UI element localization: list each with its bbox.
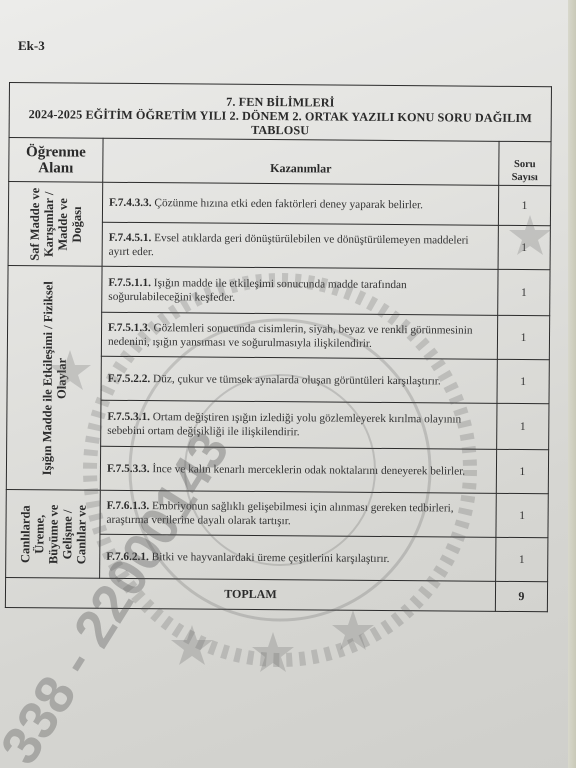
- header-count-line-2: Sayısı: [499, 170, 550, 183]
- table-row: Saf Madde ve Karışımlar / Madde ve Doğas…: [8, 182, 550, 226]
- outcome-text: Çözünme hızına etki eden faktörleri dene…: [154, 197, 423, 211]
- question-count: 1: [496, 537, 548, 581]
- outcome-cell: F.7.6.2.1. Bitki ve hayvanlardaki üreme …: [100, 534, 496, 581]
- header-question-count: Soru Sayısı: [499, 141, 551, 185]
- outcome-text: Işığın madde ile etkileşimi sonucunda ma…: [108, 277, 406, 304]
- question-count: 1: [497, 359, 549, 403]
- question-count: 1: [496, 493, 548, 537]
- learning-area-label: Canlılarda Üreme, Büyüme ve Gelişme / Ca…: [18, 504, 88, 564]
- outcome-code: F.7.4.3.3.: [109, 196, 152, 208]
- outcome-code: F.7.5.2.2.: [108, 372, 151, 384]
- distribution-table-sheet: 7. FEN BİLİMLERİ 2024-2025 EĞİTİM ÖĞRETİ…: [5, 82, 552, 612]
- question-count: 1: [496, 449, 548, 493]
- outcome-cell: F.7.6.1.3. Embriyonun sağlıklı gelişebil…: [100, 490, 496, 537]
- table-row: Işığın Madde ile Etkileşimi / Fiziksel O…: [8, 265, 550, 315]
- header-count-line-1: Soru: [499, 157, 550, 170]
- outcome-cell: F.7.5.3.3. İnce ve kalın kenarlı mercekl…: [100, 446, 496, 493]
- page-edge: [568, 0, 576, 768]
- table-row: Canlılarda Üreme, Büyüme ve Gelişme / Ca…: [6, 489, 548, 537]
- learning-area-label: Saf Madde ve Karışımlar / Madde ve Doğas…: [27, 187, 84, 260]
- outcome-text: Düz, çukur ve tümsek aynalarda oluşan gö…: [153, 373, 441, 387]
- outcome-code: F.7.5.1.3.: [108, 321, 151, 333]
- outcome-code: F.7.5.3.1.: [107, 410, 150, 422]
- outcome-text: Ortam değiştiren ışığın izlediği yolu gö…: [107, 411, 461, 438]
- annex-label: Ek-3: [18, 38, 45, 54]
- outcome-text: İnce ve kalın kenarlı merceklerin odak n…: [152, 463, 465, 477]
- total-row: TOPLAM 9: [5, 577, 547, 611]
- table-title: 7. FEN BİLİMLERİ 2024-2025 EĞİTİM ÖĞRETİ…: [9, 83, 551, 142]
- outcome-cell: F.7.5.2.2. Düz, çukur ve tümsek aynalard…: [101, 356, 497, 403]
- outcome-cell: F.7.4.3.3. Çözünme hızına etki eden fakt…: [102, 182, 498, 225]
- outcome-cell: F.7.5.1.3. Gözlemleri sonucunda cisimler…: [101, 312, 497, 359]
- outcome-text: Evsel atıklarda geri dönüştürülebilen ve…: [109, 232, 469, 258]
- outcome-text: Gözlemleri sonucunda cisimlerin, siyah, …: [108, 322, 473, 350]
- question-count: 1: [497, 315, 549, 359]
- topic-question-distribution-table: 7. FEN BİLİMLERİ 2024-2025 EĞİTİM ÖĞRETİ…: [5, 82, 552, 612]
- outcome-text: Bitki ve hayvanlardaki üreme çeşitlerini…: [152, 551, 390, 565]
- outcome-cell: F.7.5.3.1. Ortam değiştiren ışığın izled…: [101, 400, 497, 449]
- outcome-code: F.7.4.5.1.: [109, 231, 152, 243]
- header-outcomes: Kazanımlar: [103, 138, 499, 185]
- learning-area-cell: Saf Madde ve Karışımlar / Madde ve Doğas…: [8, 182, 103, 267]
- outcome-text: Embriyonun sağlıklı gelişebilmesi için a…: [107, 500, 454, 527]
- total-label: TOPLAM: [5, 577, 495, 611]
- learning-area-label: Işığın Madde ile Etkileşimi / Fiziksel O…: [39, 281, 69, 475]
- question-count: 1: [497, 403, 549, 449]
- outcome-code: F.7.5.3.3.: [107, 462, 150, 474]
- outcome-code: F.7.5.1.1.: [108, 276, 151, 288]
- question-count: 1: [498, 225, 550, 269]
- question-count: 1: [498, 269, 550, 315]
- learning-area-cell: Canlılarda Üreme, Büyüme ve Gelişme / Ca…: [6, 489, 101, 578]
- question-count: 1: [498, 185, 550, 225]
- total-value: 9: [495, 581, 547, 611]
- header-learning-area: Öğrenme Alanı: [9, 138, 103, 183]
- outcome-code: F.7.6.2.1.: [106, 550, 149, 562]
- outcome-code: F.7.6.1.3.: [107, 499, 150, 511]
- outcome-cell: F.7.5.1.1. Işığın madde ile etkileşimi s…: [102, 266, 498, 315]
- learning-area-cell: Işığın Madde ile Etkileşimi / Fiziksel O…: [6, 265, 102, 490]
- outcome-cell: F.7.4.5.1. Evsel atıklarda geri dönüştür…: [102, 222, 498, 269]
